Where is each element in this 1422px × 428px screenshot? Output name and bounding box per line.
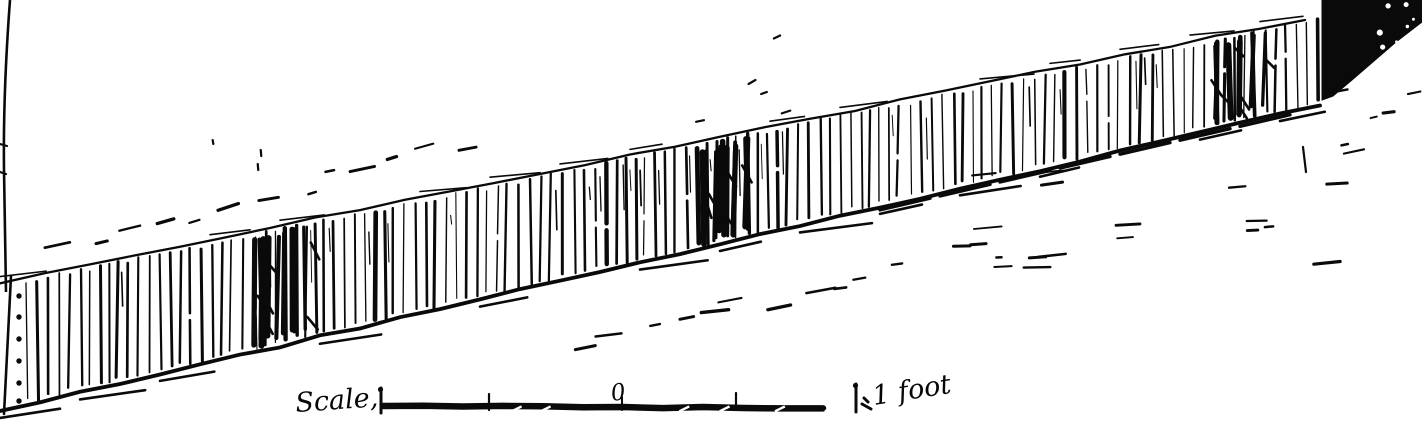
engraving-canvas: Scale, 0 1 foot: [0, 0, 1422, 428]
hillside-slope-dashes: [45, 36, 790, 248]
scale-bar-right-label: 1 foot: [870, 369, 953, 412]
scale-bar: Scale, 0 1 foot: [294, 369, 953, 419]
left-edge-line: [0, 0, 10, 292]
engraving-figure: Scale, 0 1 foot: [0, 0, 1422, 428]
scale-bar-left-label: Scale,: [294, 382, 379, 419]
columnar-band: [0, 16, 1325, 418]
scale-bar-zero-label: 0: [609, 379, 627, 407]
dark-corner-mass: [1322, 0, 1422, 100]
